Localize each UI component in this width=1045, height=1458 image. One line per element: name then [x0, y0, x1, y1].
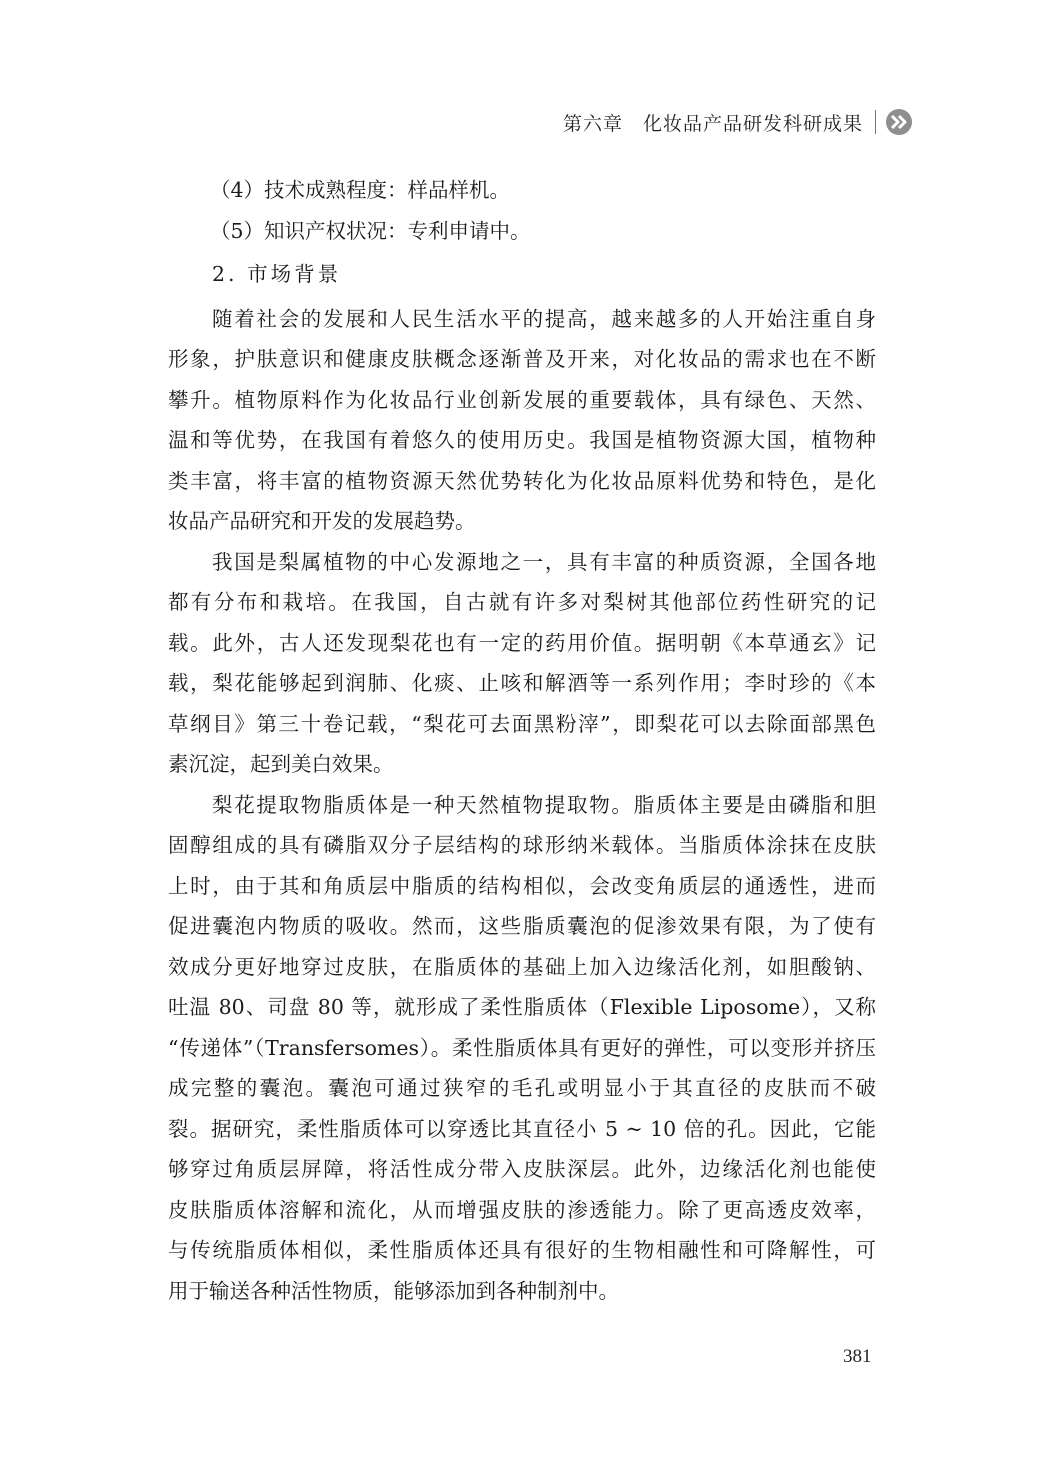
paragraph-line: 成完整的囊泡。囊泡可通过狭窄的毛孔或明显小于其直径的皮肤而不破	[168, 1068, 876, 1109]
paragraph-line: 草纲目》第三十卷记载，“梨花可去面黑粉滓”，即梨花可以去除面部黑色	[168, 704, 876, 745]
paragraph-line: 形象，护肤意识和健康皮肤概念逐渐普及开来，对化妆品的需求也在不断	[168, 339, 876, 380]
running-header: 第六章 化妆品产品研发科研成果	[563, 106, 912, 138]
list-item-ip-status: （5）知识产权状况：专利申请中。	[168, 211, 876, 252]
paragraph-line: 裂。据研究，柔性脂质体可以穿透比其直径小 5 ~ 10 倍的孔。因此，它能	[168, 1109, 876, 1150]
paragraph-line: 载，梨花能够起到润肺、化痰、止咳和解酒等一系列作用；李时珍的《本	[168, 663, 876, 704]
section-heading: 2. 市场背景	[168, 254, 876, 295]
paragraph-market-demand: 随着社会的发展和人民生活水平的提高，越来越多的人开始注重自身 形象，护肤意识和健…	[168, 299, 876, 542]
paragraph-pear-history: 我国是梨属植物的中心发源地之一，具有丰富的种质资源，全国各地 都有分布和栽培。在…	[168, 542, 876, 785]
paragraph-line: 随着社会的发展和人民生活水平的提高，越来越多的人开始注重自身	[168, 299, 876, 340]
paragraph-line: 促进囊泡内物质的吸收。然而，这些脂质囊泡的促渗效果有限，为了使有	[168, 906, 876, 947]
chapter-title: 第六章 化妆品产品研发科研成果	[563, 109, 863, 136]
paragraph-line: 攀升。植物原料作为化妆品行业创新发展的重要载体，具有绿色、天然、	[168, 380, 876, 421]
paragraph-line: 温和等优势，在我国有着悠久的使用历史。我国是植物资源大国，植物种	[168, 420, 876, 461]
paragraph-line: 固醇组成的具有磷脂双分子层结构的球形纳米载体。当脂质体涂抹在皮肤	[168, 825, 876, 866]
paragraph-line: 我国是梨属植物的中心发源地之一，具有丰富的种质资源，全国各地	[168, 542, 876, 583]
header-divider	[875, 110, 876, 134]
paragraph-line: 与传统脂质体相似，柔性脂质体还具有很好的生物相融性和可降解性，可	[168, 1230, 876, 1271]
paragraph-line: 用于输送各种活性物质，能够添加到各种制剂中。	[168, 1271, 876, 1312]
paragraph-line: 载。此外，古人还发现梨花也有一定的药用价值。据明朝《本草通玄》记	[168, 623, 876, 664]
paragraph-line: 够穿过角质层屏障，将活性成分带入皮肤深层。此外，边缘活化剂也能使	[168, 1149, 876, 1190]
paragraph-line: 梨花提取物脂质体是一种天然植物提取物。脂质体主要是由磷脂和胆	[168, 785, 876, 826]
paragraph-liposome: 梨花提取物脂质体是一种天然植物提取物。脂质体主要是由磷脂和胆 固醇组成的具有磷脂…	[168, 785, 876, 1312]
page-number: 381	[843, 1346, 872, 1368]
paragraph-line: 都有分布和栽培。在我国，自古就有许多对梨树其他部位药性研究的记	[168, 582, 876, 623]
paragraph-line: 类丰富，将丰富的植物资源天然优势转化为化妆品原料优势和特色，是化	[168, 461, 876, 502]
paragraph-line: 上时，由于其和角质层中脂质的结构相似，会改变角质层的通透性，进而	[168, 866, 876, 907]
paragraph-line: 妆品产品研究和开发的发展趋势。	[168, 501, 876, 542]
paragraph-line: 素沉淀，起到美白效果。	[168, 744, 876, 785]
paragraph-line: 吐温 80、司盘 80 等，就形成了柔性脂质体（Flexible Liposom…	[168, 987, 876, 1028]
list-item-maturity: （4）技术成熟程度：样品样机。	[168, 170, 876, 211]
paragraph-line: 皮肤脂质体溶解和流化，从而增强皮肤的渗透能力。除了更高透皮效率，	[168, 1190, 876, 1231]
paragraph-line: 效成分更好地穿过皮肤，在脂质体的基础上加入边缘活化剂，如胆酸钠、	[168, 947, 876, 988]
double-chevron-right-icon	[886, 109, 912, 135]
page-body: （4）技术成熟程度：样品样机。 （5）知识产权状况：专利申请中。 2. 市场背景…	[168, 170, 876, 1311]
paragraph-line: “传递体”（Transfersomes）。柔性脂质体具有更好的弹性，可以变形并挤…	[168, 1028, 876, 1069]
